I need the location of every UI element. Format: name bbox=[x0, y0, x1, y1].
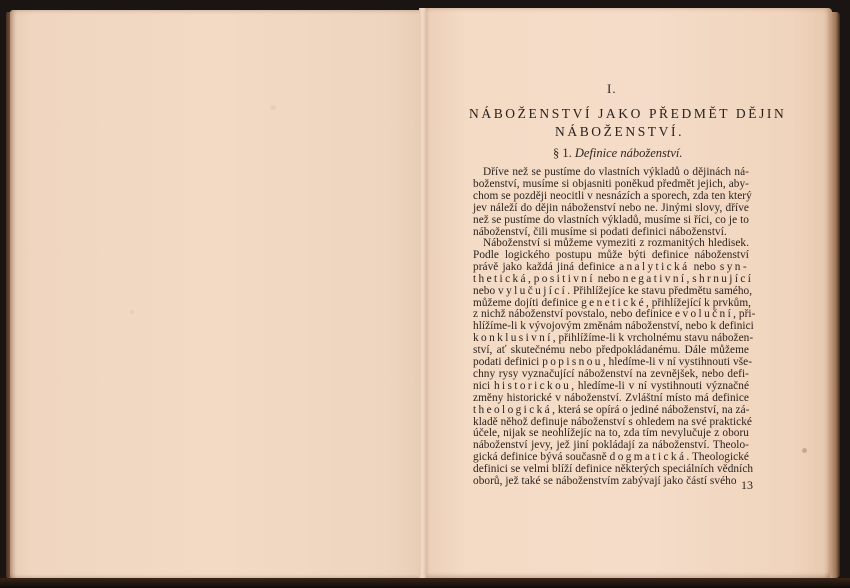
text-segment: než se pustíme do vlastních výkladů, mus… bbox=[473, 214, 749, 226]
text-line: theologická, která se opírá o jediné náb… bbox=[473, 404, 749, 416]
text-line: nebo vylučující. Přihlížejíce ke stavu p… bbox=[473, 285, 749, 297]
chapter-number: I. bbox=[607, 81, 617, 97]
spaced-emphasis-text: evoluční bbox=[675, 308, 733, 320]
text-line: oborů, jež také se náboženstvím zabývají… bbox=[473, 475, 749, 487]
text-segment: , hledíme-li v ní vystihnouti vše- bbox=[603, 356, 752, 368]
text-segment: kladě něhož definuje náboženství s ohled… bbox=[473, 416, 752, 428]
text-segment: Dříve než se pustíme do vlastních výklad… bbox=[483, 166, 749, 178]
text-line: chom se později neocitli v nesnázích a s… bbox=[473, 190, 749, 202]
text-line: z nichž náboženství povstalo, nebo defin… bbox=[473, 308, 749, 320]
text-line: ství, ať skutečnému nebo předpokládanému… bbox=[473, 344, 749, 356]
text-segment: hlížíme-li k vývojovým změnám náboženstv… bbox=[473, 320, 754, 332]
book-spread: I. NÁBOŽENSTVÍ JAKO PŘEDMĚT DĚJIN NÁBOŽE… bbox=[0, 0, 850, 588]
text-line: Dříve než se pustíme do vlastních výklad… bbox=[473, 166, 749, 178]
chapter-title-line-1: NÁBOŽENSTVÍ JAKO PŘEDMĚT DĚJIN bbox=[469, 106, 786, 122]
spaced-emphasis-text: theologická bbox=[473, 404, 552, 416]
text-segment: boženství, musíme si objasniti poněkud p… bbox=[473, 178, 749, 190]
text-segment: chom se později neocitli v nesnázích a s… bbox=[473, 190, 752, 202]
text-line: Podle logického postupu může býti defini… bbox=[473, 249, 749, 261]
right-page-edge bbox=[830, 12, 840, 578]
bottom-shadow bbox=[0, 578, 850, 588]
text-line: thetická, positivní nebo negativní, shrn… bbox=[473, 273, 749, 285]
text-segment: nici bbox=[473, 380, 494, 392]
spaced-emphasis-text: genetické bbox=[581, 297, 646, 309]
text-segment: , hledíme-li v ní vystihnouti význačné bbox=[571, 380, 749, 392]
text-segment: ství, ať skutečnému nebo předpokládanému… bbox=[473, 344, 749, 356]
section-marker: § 1. bbox=[553, 146, 572, 160]
text-segment: můžeme dojíti definice bbox=[473, 297, 581, 309]
text-line: můžeme dojíti definice genetické, přihlí… bbox=[473, 297, 749, 309]
spaced-emphasis-text: negativní bbox=[623, 273, 687, 285]
text-segment: chny rysy vyznačující náboženství na zev… bbox=[473, 368, 749, 380]
text-line: náboženství, čili musíme si podati defin… bbox=[473, 226, 749, 238]
text-segment: právě jako každá jiná definice bbox=[473, 261, 619, 273]
page-number: 13 bbox=[741, 478, 753, 493]
text-segment: podati definici bbox=[473, 356, 542, 368]
text-segment: změny historické v náboženství. Zvláštní… bbox=[473, 392, 749, 404]
text-segment: náboženství, čili musíme si podati defin… bbox=[473, 226, 727, 238]
text-line: gická definice bývá současně dogmatická.… bbox=[473, 451, 749, 463]
text-segment: . Theologické bbox=[686, 451, 749, 463]
chapter-title-line-2: NÁBOŽENSTVÍ. bbox=[555, 124, 684, 140]
text-line: jev náleží do dějin náboženství nebo ne.… bbox=[473, 202, 749, 214]
text-segment: nebo bbox=[690, 261, 720, 273]
text-segment: z nichž náboženství povstalo, nebo defin… bbox=[473, 308, 675, 320]
text-line: podati definici popisnou, hledíme-li v n… bbox=[473, 356, 749, 368]
text-segment: náboženství jevy, jež jiní pokládají za … bbox=[473, 439, 749, 451]
text-line: kladě něhož definuje náboženství s ohled… bbox=[473, 416, 749, 428]
text-segment: jev náleží do dějin náboženství nebo ne.… bbox=[473, 202, 749, 214]
section-heading: § 1. Definice náboženství. bbox=[553, 146, 683, 161]
spaced-emphasis-text: analytická bbox=[619, 261, 689, 273]
text-segment: Náboženství si můžeme vymeziti z rozmani… bbox=[483, 237, 749, 249]
spaced-emphasis-text: thetická bbox=[473, 273, 528, 285]
text-line: účele, nijak se neohlížejíc na to, zda t… bbox=[473, 427, 749, 439]
text-line: náboženství jevy, jež jiní pokládají za … bbox=[473, 439, 749, 451]
text-segment: nebo bbox=[595, 273, 623, 285]
spaced-emphasis-text: popisnou bbox=[542, 356, 603, 368]
spaced-emphasis-text: positivní bbox=[534, 273, 595, 285]
text-line: chny rysy vyznačující náboženství na zev… bbox=[473, 368, 749, 380]
text-segment: , přihlížející k prvkům, bbox=[646, 297, 751, 309]
spaced-emphasis-text: shrnující bbox=[692, 273, 753, 285]
left-page-blank bbox=[10, 10, 422, 580]
text-segment: nebo bbox=[473, 285, 498, 297]
text-segment: . Přihlížejíce ke stavu předmětu samého, bbox=[567, 285, 752, 297]
text-segment: oborů, jež také se náboženstvím zabývají… bbox=[473, 475, 737, 487]
text-segment: účele, nijak se neohlížejíc na to, zda t… bbox=[473, 427, 749, 439]
section-title: Definice náboženství. bbox=[575, 146, 683, 160]
text-line: hlížíme-li k vývojovým změnám náboženstv… bbox=[473, 320, 749, 332]
spaced-emphasis-text: vylučující bbox=[498, 285, 567, 297]
text-line: konklusivní, přihlížíme-li k vrcholnému … bbox=[473, 332, 749, 344]
text-line: než se pustíme do vlastních výkladů, mus… bbox=[473, 214, 749, 226]
spaced-emphasis-text: konklusivní bbox=[473, 332, 553, 344]
text-segment: definici se velmi blíží definice některý… bbox=[473, 463, 753, 475]
spaced-emphasis-text: dogmatická bbox=[610, 451, 687, 463]
text-line: boženství, musíme si objasniti poněkud p… bbox=[473, 178, 749, 190]
text-segment: , při- bbox=[733, 308, 755, 320]
text-line: nici historickou, hledíme-li v ní vystih… bbox=[473, 380, 749, 392]
text-segment: , která se opírá o jediné náboženství, n… bbox=[552, 404, 749, 416]
text-segment: Podle logického postupu může býti defini… bbox=[473, 249, 749, 261]
text-line: změny historické v náboženství. Zvláštní… bbox=[473, 392, 749, 404]
text-line: Náboženství si můžeme vymeziti z rozmani… bbox=[473, 237, 749, 249]
spaced-emphasis-text: syn- bbox=[720, 261, 749, 273]
text-line: definici se velmi blíží definice některý… bbox=[473, 463, 749, 475]
text-segment: , přihlížíme-li k vrcholnému stavu nábož… bbox=[553, 332, 753, 344]
text-segment: gická definice bývá současně bbox=[473, 451, 610, 463]
spaced-emphasis-text: historickou bbox=[494, 380, 571, 392]
text-line: právě jako každá jiná definice analytick… bbox=[473, 261, 749, 273]
